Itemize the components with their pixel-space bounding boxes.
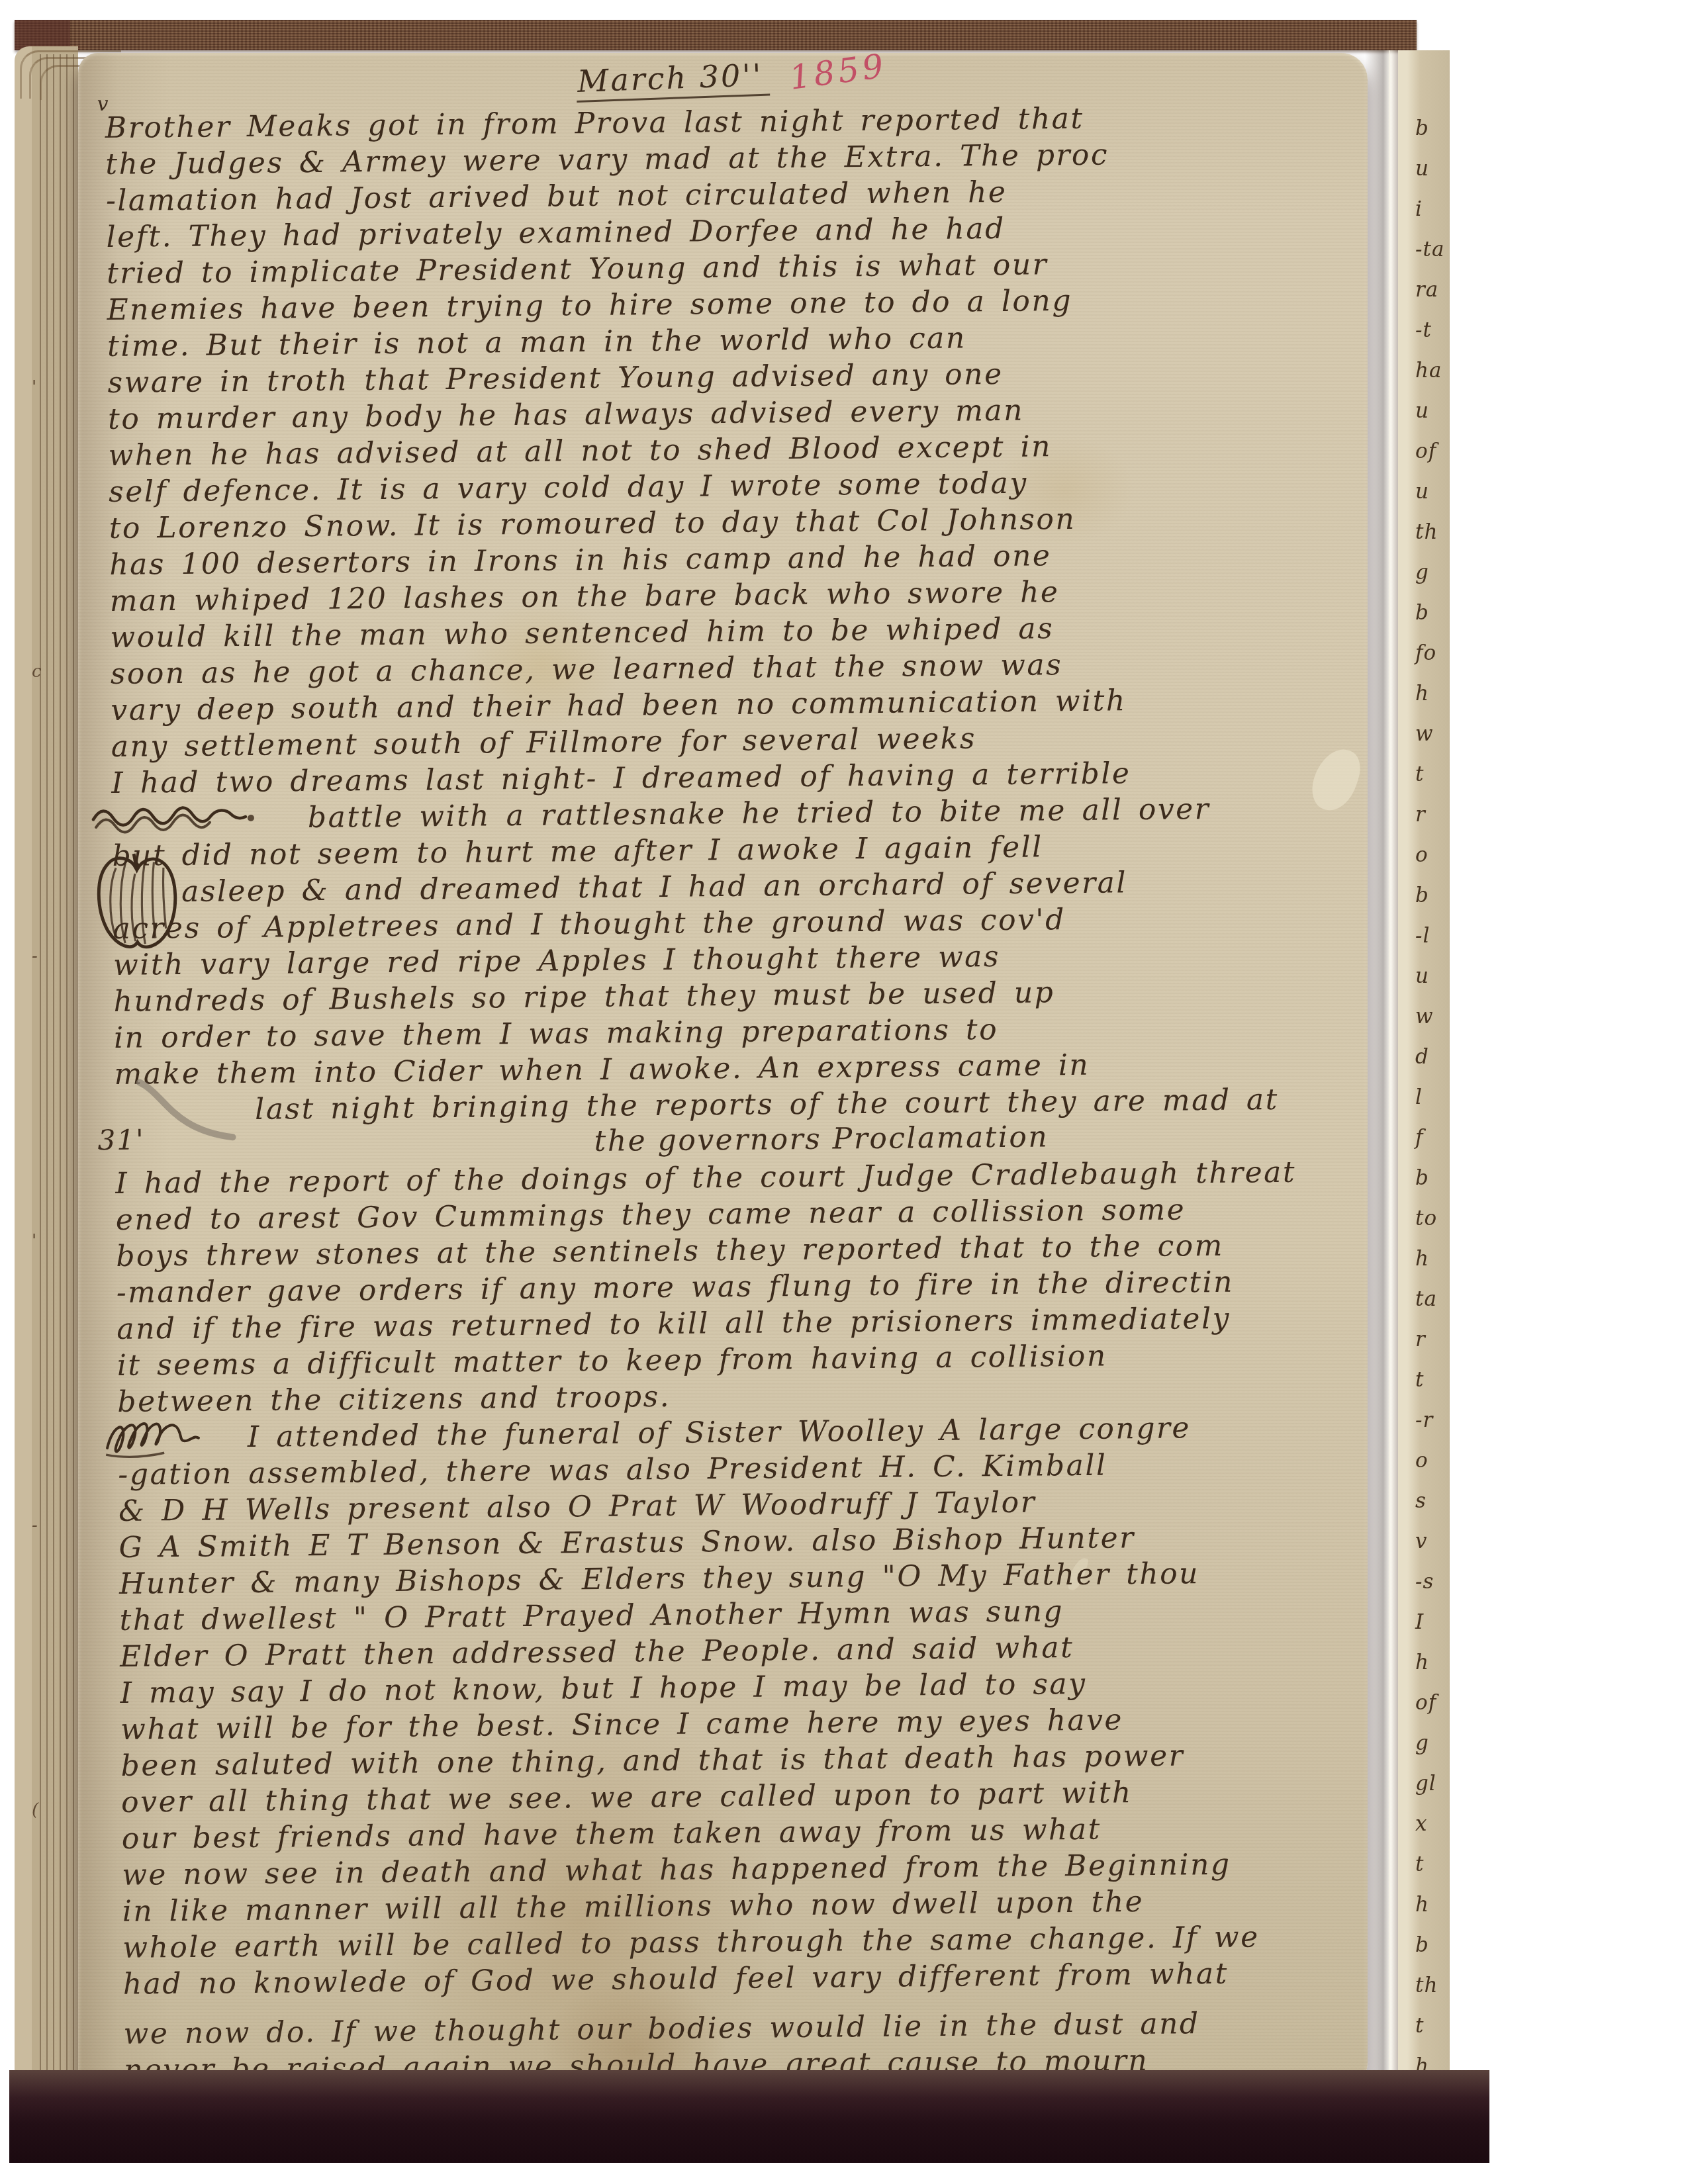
facing-page-text-fragment: u — [1398, 472, 1450, 512]
facing-page-text-fragment: h — [1398, 1239, 1450, 1279]
edge-ink-fragment: ' — [32, 245, 71, 529]
date-header: March 30'' 1859 — [576, 53, 1358, 103]
photo-area: 'c-'-( v March 30'' 1859 Brother Meaks g… — [15, 20, 1450, 2164]
page-stack-edge: 'c-'-( — [15, 46, 78, 2083]
facing-page-text-fragment: s — [1398, 1481, 1450, 1522]
facing-page-text-fragment: gl — [1398, 1764, 1450, 1804]
facing-page-text-fragment: ha — [1398, 351, 1450, 391]
facing-page-text-fragment: r — [1398, 795, 1450, 835]
facing-page-text-fragment: w — [1398, 714, 1450, 754]
entry-year: 1859 — [788, 53, 890, 97]
facing-page-text-fragment: g — [1398, 553, 1450, 593]
facing-page-text-fragment: fo — [1398, 633, 1450, 674]
facing-page-text-fragment: ta — [1398, 1279, 1450, 1320]
facing-page-text-fragment: u — [1398, 391, 1450, 432]
edge-ink-fragment: c — [32, 529, 71, 814]
margin-checkmark: v — [97, 93, 108, 116]
facing-page-text-fragment: ra — [1398, 270, 1450, 310]
book-gutter-fold — [1365, 50, 1398, 2070]
facing-page-text-fragment: i — [1398, 189, 1450, 230]
gutter-crease-line — [1389, 50, 1390, 2070]
facing-page-text-fragment: of — [1398, 432, 1450, 472]
facing-page-text-fragment: -s — [1398, 1562, 1450, 1602]
facing-page-text-fragment: b — [1398, 109, 1450, 149]
edge-ink-fragment: ' — [32, 1099, 71, 1383]
facing-page-text-fragment: b — [1398, 593, 1450, 633]
facing-page-text-fragment: r — [1398, 1320, 1450, 1360]
facing-page-text-fragment: d — [1398, 1037, 1450, 1077]
book-cover-fabric — [15, 20, 1417, 50]
apple-sketch-doodle — [87, 850, 187, 956]
facing-page-text-fragment: -l — [1398, 916, 1450, 956]
facing-page-text-fragment: u — [1398, 149, 1450, 189]
book-cover-shadow — [9, 2070, 1489, 2163]
edge-ink-fragment: ( — [32, 1668, 71, 1952]
journal-scan: 'c-'-( v March 30'' 1859 Brother Meaks g… — [0, 0, 1688, 2184]
facing-page-text-fragment: h — [1398, 674, 1450, 714]
pencil-swoosh-doodle — [134, 1075, 241, 1150]
facing-page-text-fragment: t — [1398, 2006, 1450, 2046]
edge-ink-fragment: - — [32, 1383, 71, 1668]
facing-page-text-fragment: I — [1398, 1602, 1450, 1643]
page-content: v March 30'' 1859 Brother Meaks got in f… — [105, 53, 1368, 2089]
facing-page-text-fragment: u — [1398, 956, 1450, 997]
entry-march-30: Brother Meaks got in from Prova last nig… — [105, 98, 1367, 1093]
ink-scribble-doodle — [97, 1404, 265, 1467]
proclamation-caption: the governors Proclamation — [594, 1120, 1049, 1158]
facing-page-text-fragment: h — [1398, 1885, 1450, 1925]
facing-page-text-fragment: x — [1398, 1804, 1450, 1844]
left-page-edge-fragments: 'c-'-( — [32, 245, 71, 1952]
entry-march-31: I had the report of the doings of the co… — [115, 1154, 1368, 2003]
facing-page-text-fragment: t — [1398, 754, 1450, 795]
facing-page-text-fragment: of — [1398, 1683, 1450, 1723]
facing-page-text-fragment: f — [1398, 1118, 1450, 1158]
facing-page-text-fragment: to — [1398, 1199, 1450, 1239]
facing-page-text-fragment: t — [1398, 1360, 1450, 1400]
facing-page-text-fragment: h — [1398, 2046, 1450, 2070]
facing-page-text-fragment: -t — [1398, 310, 1450, 351]
facing-page-text-fragment: v — [1398, 1522, 1450, 1562]
edge-ink-fragment: - — [32, 814, 71, 1099]
facing-page-text-fragment: g — [1398, 1723, 1450, 1764]
facing-page-text-fragment: h — [1398, 1643, 1450, 1683]
facing-page-text-fragment: o — [1398, 835, 1450, 876]
facing-page-text-fragment: b — [1398, 1158, 1450, 1199]
facing-page-text-fragment: -ta — [1398, 230, 1450, 270]
facing-page-text-fragment: -r — [1398, 1400, 1450, 1441]
facing-page-text-fragment: w — [1398, 997, 1450, 1037]
snake-squiggle-doodle — [89, 789, 267, 846]
facing-page-edge: bui-tara-thauofuthgbfohwtrob-luwdlfbtoht… — [1398, 50, 1450, 2070]
facing-page-text-fragment: o — [1398, 1441, 1450, 1481]
facing-page-text-fragment: t — [1398, 1844, 1450, 1885]
entry-date: March 30'' — [575, 57, 770, 103]
facing-page-text-fragment: th — [1398, 512, 1450, 553]
facing-page-text-fragment: b — [1398, 1925, 1450, 1966]
facing-page-text-fragment: l — [1398, 1077, 1450, 1118]
facing-page-text-fragment: b — [1398, 876, 1450, 916]
journal-page: v March 30'' 1859 Brother Meaks got in f… — [78, 53, 1368, 2093]
facing-page-text-fragment: th — [1398, 1966, 1450, 2006]
